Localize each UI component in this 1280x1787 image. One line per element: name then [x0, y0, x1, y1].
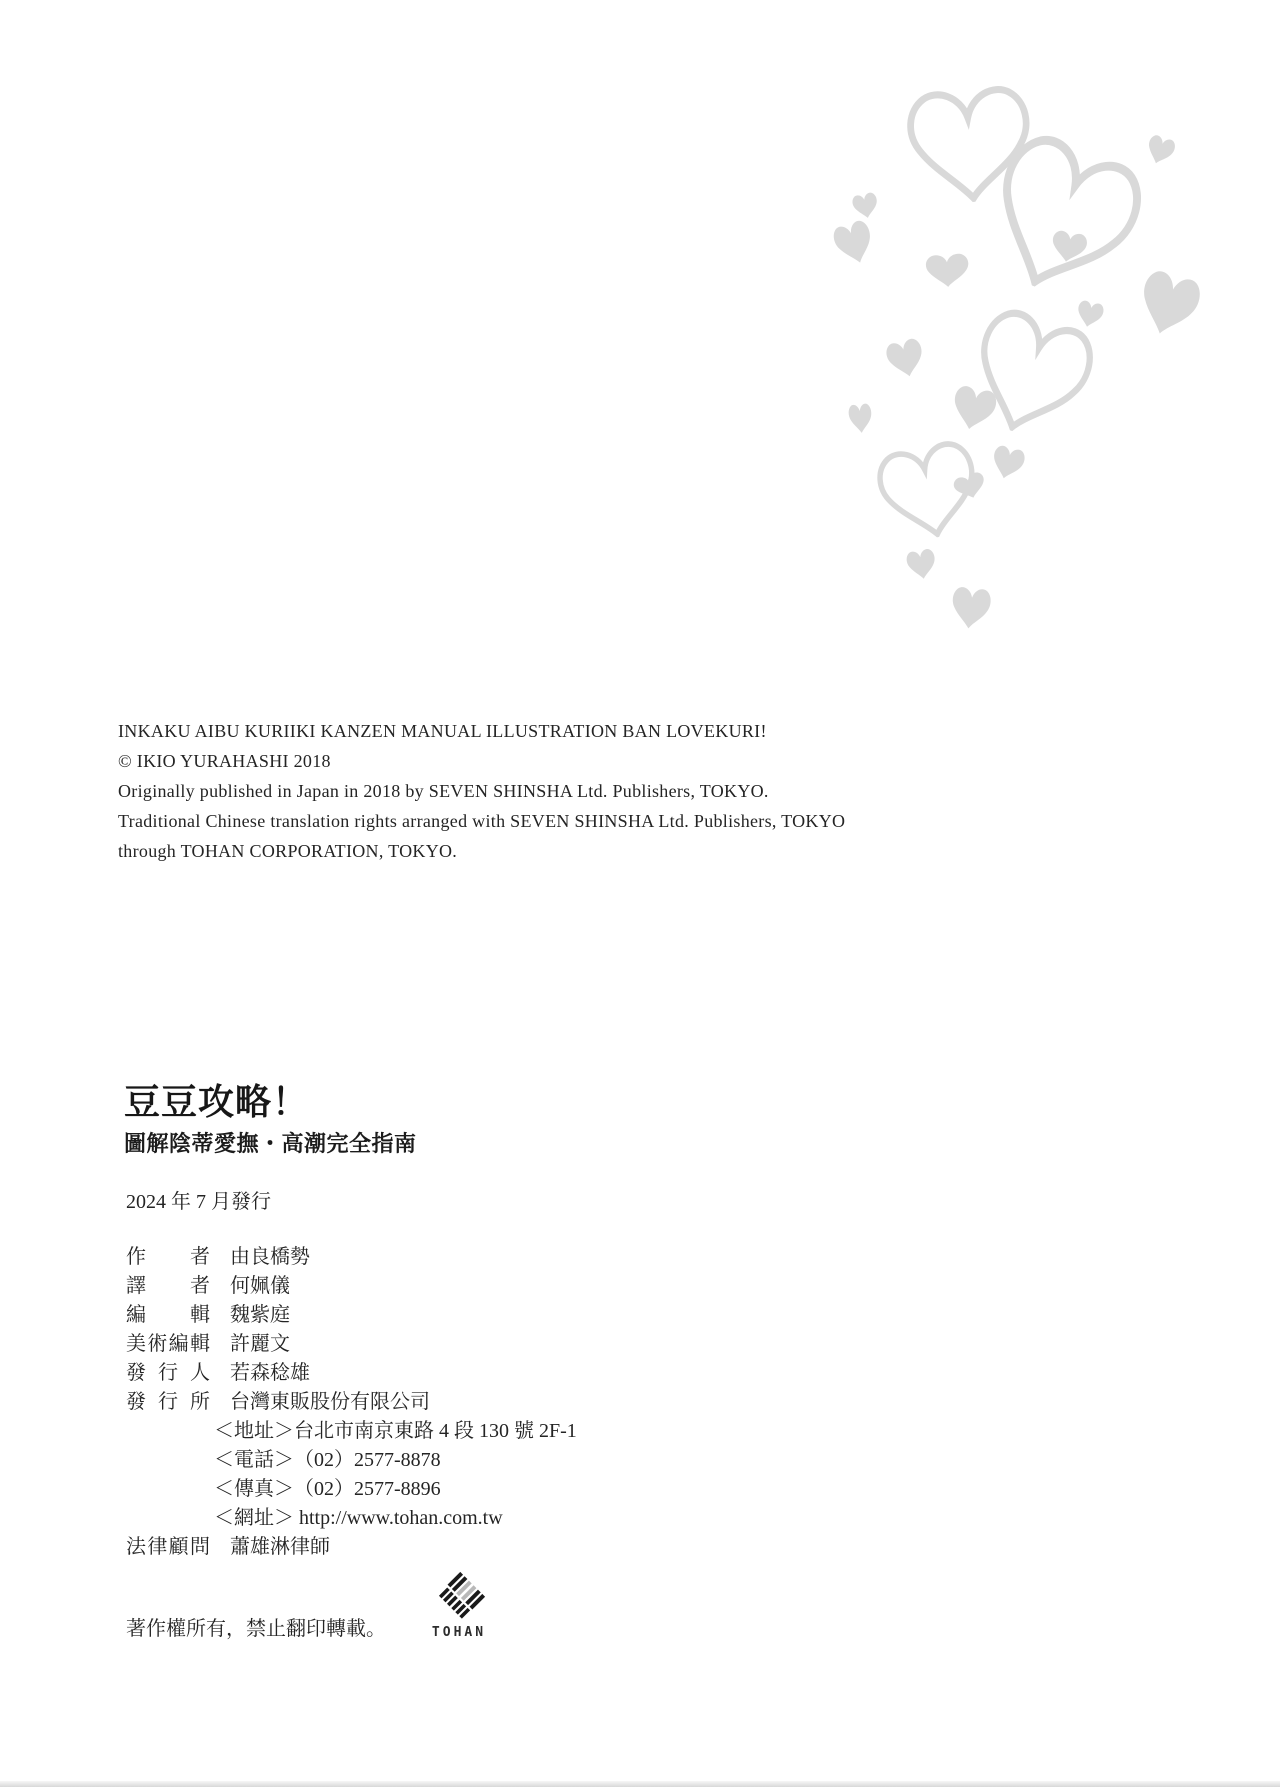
colophon-row: 美術編輯許麗文 [126, 1330, 577, 1359]
heart-filled-icon [1142, 131, 1179, 168]
colophon-label: 法律顧問 [126, 1533, 210, 1562]
colophon-label: 編輯 [126, 1301, 210, 1330]
colophon-row: ＜網址＞ http://www.tohan.com.tw [126, 1504, 577, 1533]
colophon-row: 編輯魏紫庭 [126, 1301, 577, 1330]
colophon-value: ＜地址＞台北市南京東路 4 段 130 號 2F-1 [214, 1417, 577, 1446]
colophon-label: 發行人 [126, 1359, 210, 1388]
tohan-logo: TOHAN [420, 1571, 498, 1640]
heart-filled-icon [1073, 297, 1106, 330]
copyright-notice: 著作權所有，禁止翻印轉載。 [126, 1615, 386, 1644]
tohan-logo-text: TOHAN [420, 1625, 498, 1640]
colophon-row: ＜地址＞台北市南京東路 4 段 130 號 2F-1 [126, 1417, 577, 1446]
copyright-line: INKAKU AIBU KURIIKI KANZEN MANUAL ILLUST… [118, 716, 845, 746]
colophon-value: 蕭雄淋律師 [230, 1533, 330, 1562]
colophon-value: 若森稔雄 [230, 1359, 310, 1388]
colophon-row: ＜傳真＞（02）2577-8896 [126, 1475, 577, 1504]
heart-filled-icon [882, 334, 930, 382]
copyright-block: INKAKU AIBU KURIIKI KANZEN MANUAL ILLUST… [118, 716, 845, 866]
heart-filled-icon [828, 215, 880, 270]
colophon-label: 譯者 [126, 1272, 210, 1301]
copyright-line: through TOHAN CORPORATION, TOKYO. [118, 836, 845, 866]
copyright-line: Originally published in Japan in 2018 by… [118, 776, 845, 806]
colophon-value: ＜網址＞ http://www.tohan.com.tw [214, 1504, 503, 1533]
colophon-page: INKAKU AIBU KURIIKI KANZEN MANUAL ILLUST… [0, 0, 1280, 1787]
book-title: 豆豆攻略！ [124, 1079, 309, 1125]
page-bottom-edge [0, 1781, 1280, 1787]
colophon-row: 法律顧問蕭雄淋律師 [126, 1533, 577, 1562]
heart-filled-icon [923, 250, 972, 289]
heart-filled-icon [1047, 227, 1090, 266]
colophon-value: 何姵儀 [230, 1272, 290, 1301]
colophon-row: 發行人若森稔雄 [126, 1359, 577, 1388]
heart-filled-icon [903, 546, 939, 583]
book-subtitle: 圖解陰蒂愛撫・高潮完全指南 [124, 1130, 417, 1158]
colophon-row: 作者由良橋勢 [126, 1243, 577, 1272]
colophon-value: ＜電話＞（02）2577-8878 [214, 1446, 441, 1475]
colophon-label: 作者 [126, 1243, 210, 1272]
copyright-line: © IKIO YURAHASHI 2018 [118, 746, 845, 776]
colophon-table: 作者由良橋勢譯者何姵儀編輯魏紫庭美術編輯許麗文發行人若森稔雄發行所台灣東販股份有… [126, 1243, 577, 1562]
colophon-value: 許麗文 [230, 1330, 290, 1359]
colophon-value: 台灣東販股份有限公司 [230, 1388, 430, 1417]
colophon-row: 發行所台灣東販股份有限公司 [126, 1388, 577, 1417]
colophon-label: 美術編輯 [126, 1330, 210, 1359]
tohan-logo-icon [430, 1571, 488, 1625]
colophon-value: 魏紫庭 [230, 1301, 290, 1330]
copyright-line: Traditional Chinese translation rights a… [118, 806, 845, 836]
heart-filled-icon [987, 441, 1028, 483]
edition-date: 2024 年 7 月發行 [126, 1188, 271, 1216]
colophon-value: 由良橋勢 [230, 1243, 310, 1272]
colophon-row: 譯者何姵儀 [126, 1272, 577, 1301]
heart-filled-icon [846, 401, 874, 435]
colophon-value: ＜傳真＞（02）2577-8896 [214, 1475, 441, 1504]
heart-filled-icon [948, 583, 994, 632]
colophon-row: ＜電話＞（02）2577-8878 [126, 1446, 577, 1475]
heart-filled-icon [1130, 263, 1208, 344]
colophon-label: 發行所 [126, 1388, 210, 1417]
heart-filled-icon [947, 381, 1002, 436]
